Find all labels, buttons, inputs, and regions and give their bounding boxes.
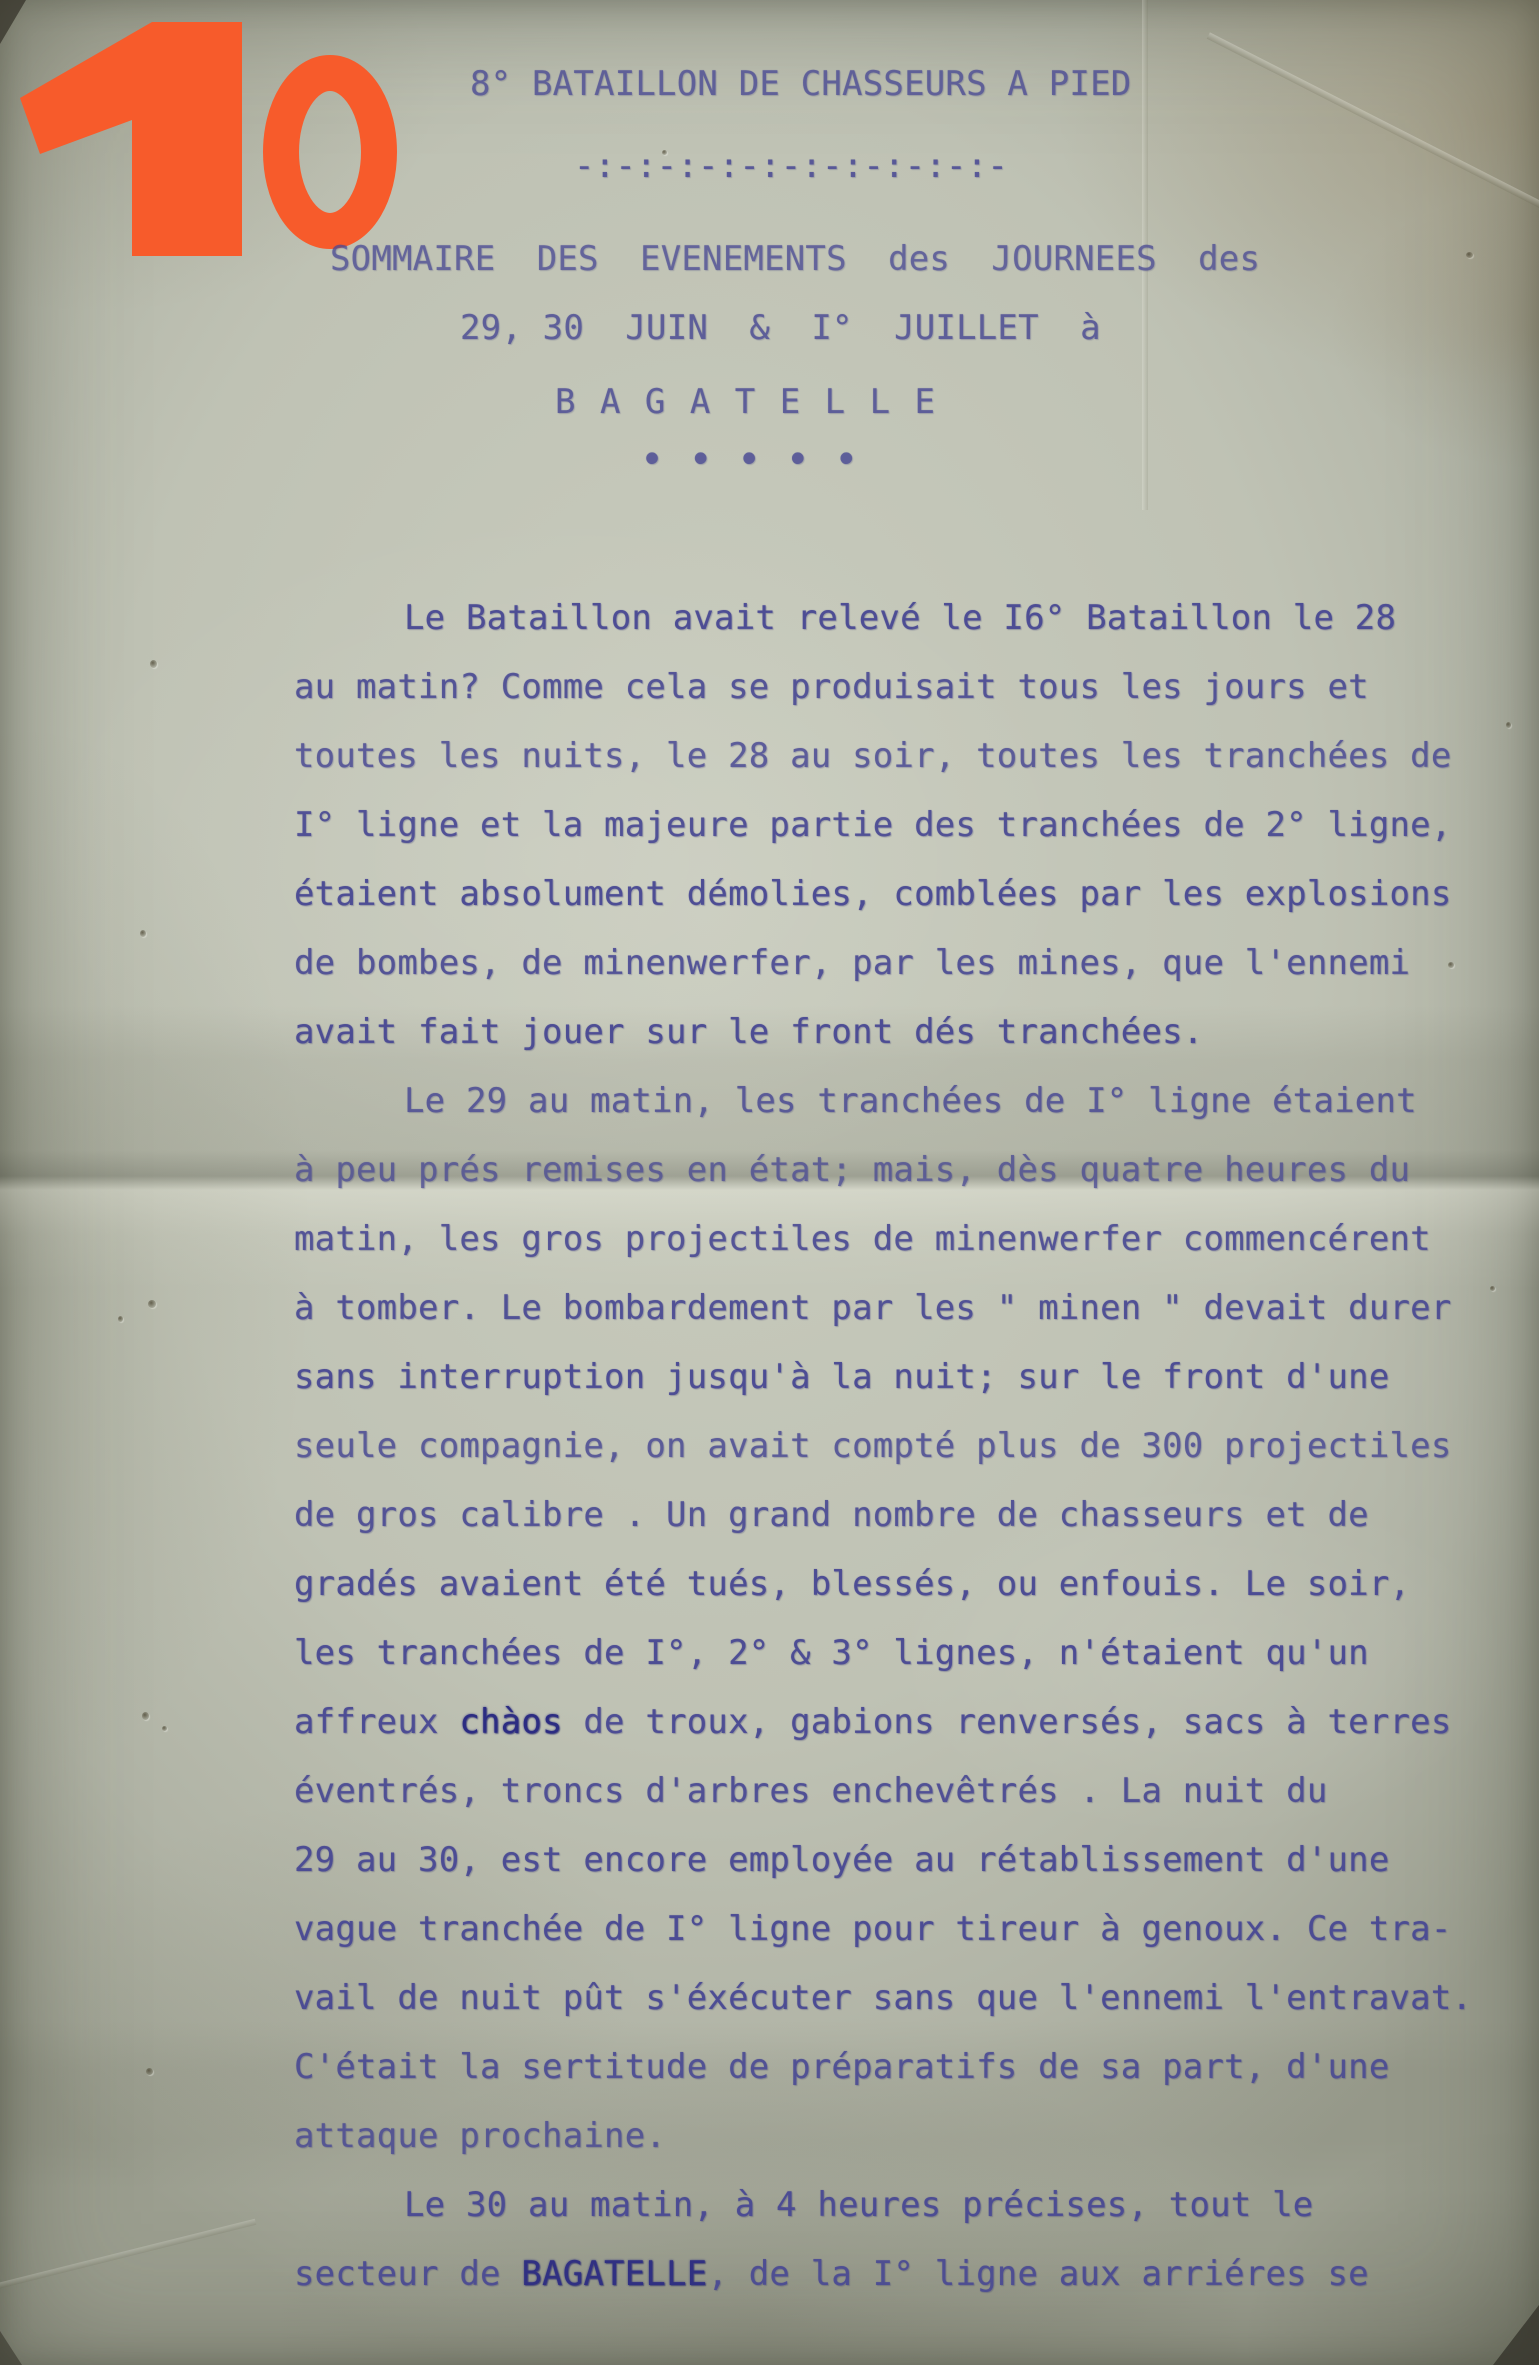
typed-line: matin, les gros projectiles de minenwerf…: [294, 1205, 1494, 1274]
place-title: B A G A T E L L E: [555, 382, 937, 422]
typed-line: seule compagnie, on avait compté plus de…: [294, 1412, 1494, 1481]
battalion-title: 8° BATAILLON DE CHASSEURS A PIED: [470, 64, 1131, 104]
document-body: Le Bataillon avait relevé le I6° Bataill…: [294, 584, 1494, 2309]
summary-title-line1: SOMMAIRE DES EVENEMENTS des JOURNEES des: [330, 239, 1260, 279]
typed-line: avait fait jouer sur le front dés tranch…: [294, 998, 1494, 1067]
typed-line: toutes les nuits, le 28 au soir, toutes …: [294, 722, 1494, 791]
typed-line: gradés avaient été tués, blessés, ou enf…: [294, 1550, 1494, 1619]
typed-line: éventrés, troncs d'arbres enchevêtrés . …: [294, 1757, 1494, 1826]
typed-line: Le 30 au matin, à 4 heures précises, tou…: [294, 2171, 1494, 2240]
divider-line: -:-:-:-:-:-:-:-:-:-:-: [574, 146, 1008, 186]
typed-line: vail de nuit pût s'éxécuter sans que l'e…: [294, 1964, 1494, 2033]
summary-title-line2: 29, 30 JUIN & I° JUILLET à: [460, 308, 1101, 348]
overstruck-word: BAGATELLE: [521, 2254, 707, 2294]
stars-separator: • • • • •: [640, 440, 859, 480]
typed-line: à tomber. Le bombardement par les " mine…: [294, 1274, 1494, 1343]
typed-line: de bombes, de minenwerfer, par les mines…: [294, 929, 1494, 998]
typed-line: Le Bataillon avait relevé le I6° Bataill…: [294, 584, 1494, 653]
typed-line: vague tranchée de I° ligne pour tireur à…: [294, 1895, 1494, 1964]
typed-line: étaient absolument démolies, comblées pa…: [294, 860, 1494, 929]
typed-line: affreux chàos de troux, gabions renversé…: [294, 1688, 1494, 1757]
typed-line: attaque prochaine.: [294, 2102, 1494, 2171]
typed-line: 29 au 30, est encore employée au rétabli…: [294, 1826, 1494, 1895]
typed-line: sans interruption jusqu'à la nuit; sur l…: [294, 1343, 1494, 1412]
typed-line: C'était la sertitude de préparatifs de s…: [294, 2033, 1494, 2102]
typed-line: les tranchées de I°, 2° & 3° lignes, n'é…: [294, 1619, 1494, 1688]
typed-line: au matin? Comme cela se produisait tous …: [294, 653, 1494, 722]
typed-line: Le 29 au matin, les tranchées de I° lign…: [294, 1067, 1494, 1136]
typed-line: de gros calibre . Un grand nombre de cha…: [294, 1481, 1494, 1550]
typed-line: secteur de BAGATELLE, de la I° ligne aux…: [294, 2240, 1494, 2309]
typed-line: I° ligne et la majeure partie des tranch…: [294, 791, 1494, 860]
typed-line: à peu prés remises en état; mais, dès qu…: [294, 1136, 1494, 1205]
overstruck-word: chàos: [459, 1702, 562, 1742]
document-photo-page: 8° BATAILLON DE CHASSEURS A PIED -:-:-:-…: [0, 0, 1539, 2365]
typewritten-document: 8° BATAILLON DE CHASSEURS A PIED -:-:-:-…: [0, 0, 1539, 2365]
